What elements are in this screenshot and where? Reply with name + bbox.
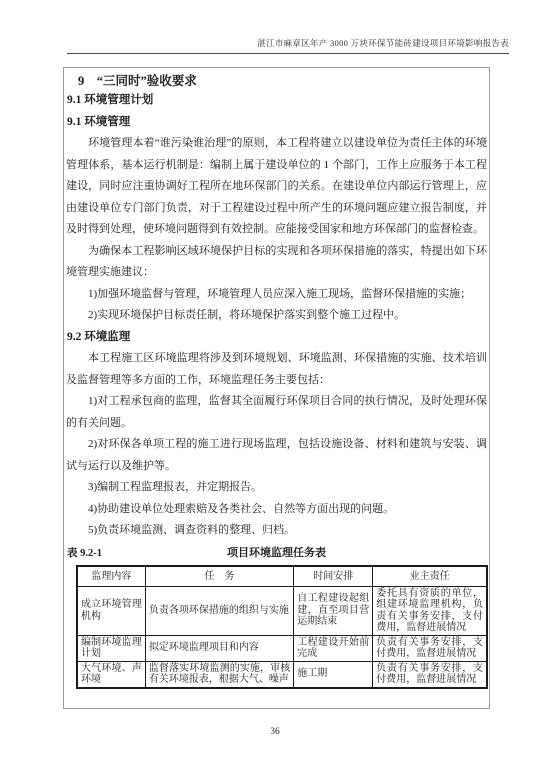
paragraph-supervision-intro: 本工程施工区环境监理将涉及到环境规划、环境监测、环保措施的实施、技术培训及监督管… (66, 348, 487, 391)
list-item-1: 1)加强环境监督与管理，环境管理人员应深入施工现场，监督环保措施的实施； (66, 284, 487, 306)
cell-task: 负责各项环保措施的组织与实施 (145, 586, 293, 635)
section-9-heading: 9 “三同时”验收要求 (66, 73, 487, 90)
cell-owner: 委托具有资质的单位，组建环境监理机构，负责有关事务安排，支付费用，监督进展情况 (373, 586, 487, 635)
table-row: 大气环境、声环境 监督落实环境监测的实施，审核有关环境报表，根据大气、噪声 施工… (77, 661, 487, 688)
list-item-4: 2)对环保各单项工程的施工进行现场监理，包括设施设备、材料和建筑与安装、调试与运… (66, 434, 487, 477)
cell-task: 拟定环境监理项目和内容 (145, 635, 293, 661)
table-caption-title: 项目环境监理任务表 (66, 545, 487, 562)
header-cell-content: 监理内容 (77, 566, 145, 587)
document-title: 湛江市麻章区年产 3000 万块环保节能砖建设项目环境影响报告表 (257, 38, 509, 48)
cell-task: 监督落实环境监测的实施，审核有关环境报表，根据大气、噪声 (145, 661, 293, 688)
cell-content: 编制环境监理计划 (77, 635, 145, 661)
list-item-2: 2)实现环境保护目标责任制，将环境保护落实到整个施工过程中。 (66, 305, 487, 327)
section-9-2-heading: 9.2 环境监理 (66, 327, 487, 349)
table-header-row: 监理内容 任 务 时间安排 业主责任 (77, 566, 487, 587)
monitoring-task-table: 监理内容 任 务 时间安排 业主责任 成立环境管理机构 负责各项环保措施的组织与… (76, 565, 488, 689)
cell-schedule: 自工程建设起组建，直至项目营运期结束 (294, 586, 373, 635)
document-page: 湛江市麻章区年产 3000 万块环保节能砖建设项目环境影响报告表 9 “三同时”… (0, 0, 550, 778)
cell-schedule: 工程建设开始前完成 (294, 635, 373, 661)
header-cell-owner: 业主责任 (373, 566, 487, 587)
section-content-box: 9 “三同时”验收要求 9.1 环境管理计划 9.1 环境管理 环境管理本着“谁… (63, 67, 490, 709)
list-item-7: 5)负责环境监测、调查资料的整理、归档。 (66, 520, 487, 542)
list-item-6: 4)协助建设单位处理索赔及各类社会、自然等方面出现的问题。 (66, 499, 487, 521)
running-header: 湛江市麻章区年产 3000 万块环保节能砖建设项目环境影响报告表 (67, 37, 509, 54)
page-number: 36 (0, 727, 550, 737)
table-caption-number: 表 9.2-1 (67, 545, 102, 562)
header-cell-schedule: 时间安排 (294, 566, 373, 587)
cell-owner: 负责有关事务安排，支付费用，监督进展情况 (373, 635, 487, 661)
section-9-1-heading: 9.1 环境管理 (66, 112, 487, 134)
list-item-5: 3)编制工程监理报表，并定期报告。 (66, 477, 487, 499)
list-item-3: 1)对工程承包商的监理，监督其全面履行环保项目合同的执行情况，及时处理环保的有关… (66, 391, 487, 434)
cell-schedule: 施工期 (294, 661, 373, 688)
table-caption: 表 9.2-1 项目环境监理任务表 (66, 545, 487, 562)
table-row: 编制环境监理计划 拟定环境监理项目和内容 工程建设开始前完成 负责有关事务安排，… (77, 635, 487, 661)
cell-content: 大气环境、声环境 (77, 661, 145, 688)
section-9-1-plan-heading: 9.1 环境管理计划 (66, 90, 487, 112)
table-row: 成立环境管理机构 负责各项环保措施的组织与实施 自工程建设起组建，直至项目营运期… (77, 586, 487, 635)
header-cell-task: 任 务 (145, 566, 293, 587)
paragraph-env-management: 环境管理本着“谁污染谁治理”的原则，本工程将建立以建设单位为责任主体的环境管理体… (66, 133, 487, 241)
cell-owner: 负责有关事务安排，支付费用，监督进展情况 (373, 661, 487, 688)
cell-content: 成立环境管理机构 (77, 586, 145, 635)
paragraph-suggestion-intro: 为确保本工程影响区域环境保护目标的实现和各项环保措施的落实，特提出如下环境管理实… (66, 241, 487, 284)
